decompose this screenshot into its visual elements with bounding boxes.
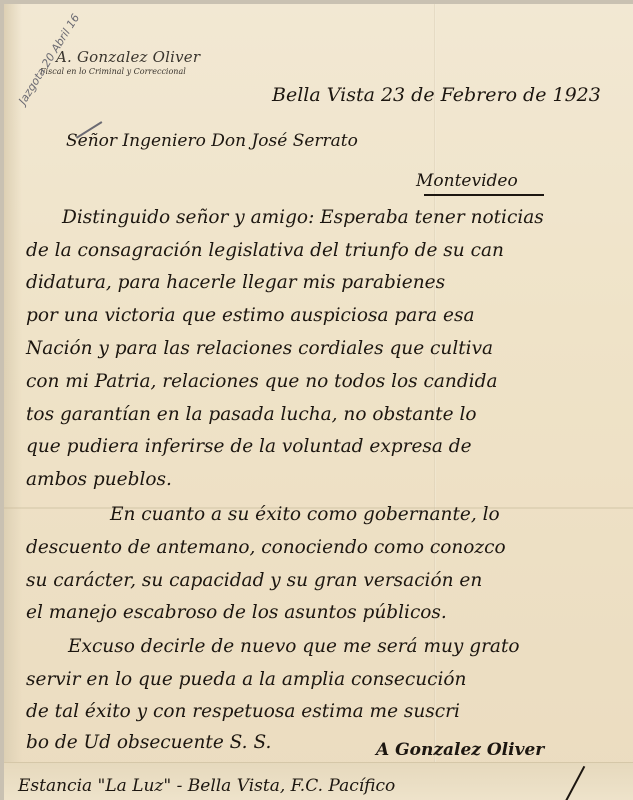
body-line: En cuanto a su éxito como gobernante, lo	[110, 504, 500, 525]
body-line: con mi Patria, relaciones que no todos l…	[26, 371, 497, 392]
body-line: de la consagración legislativa del triun…	[26, 240, 504, 261]
signature: A Gonzalez Oliver	[376, 740, 544, 760]
body-line: el manejo escabroso de los asuntos públi…	[26, 602, 447, 623]
body-line: ambos pueblos.	[26, 469, 172, 490]
paper-edge	[4, 4, 22, 800]
body-line: su carácter, su capacidad y su gran vers…	[26, 570, 482, 591]
body-line: Distinguido señor y amigo: Esperaba tene…	[62, 207, 544, 228]
body-line: de tal éxito y con respetuosa estima me …	[26, 701, 460, 722]
addressee: Señor Ingeniero Don José Serrato	[66, 131, 358, 151]
letterhead-title: Fiscal en lo Criminal y Correccional	[40, 67, 186, 76]
date-line: Bella Vista 23 de Febrero de 1923	[272, 84, 601, 106]
body-line: que pudiera inferirse de la voluntad exp…	[26, 436, 472, 457]
letter-page: A. Gonzalez Oliver Fiscal en lo Criminal…	[4, 4, 633, 800]
body-line: por una victoria que estimo auspiciosa p…	[26, 305, 474, 326]
body-line: descuento de antemano, conociendo como c…	[26, 537, 506, 558]
body-line: Nación y para las relaciones cordiales q…	[26, 338, 493, 359]
body-line: tos garantían en la pasada lucha, no obs…	[26, 404, 477, 425]
footer-address: Estancia "La Luz" - Bella Vista, F.C. Pa…	[18, 776, 395, 796]
body-line: Excuso decirle de nuevo que me será muy …	[68, 636, 520, 657]
city: Montevideo	[416, 171, 518, 191]
body-line: didatura, para hacerle llegar mis parabi…	[26, 272, 445, 293]
body-line: servir en lo que pueda a la amplia conse…	[26, 669, 466, 690]
body-line: bo de Ud obsecuente S. S.	[26, 732, 271, 753]
letterhead-name: A. Gonzalez Oliver	[56, 48, 200, 66]
city-underline	[424, 194, 544, 196]
